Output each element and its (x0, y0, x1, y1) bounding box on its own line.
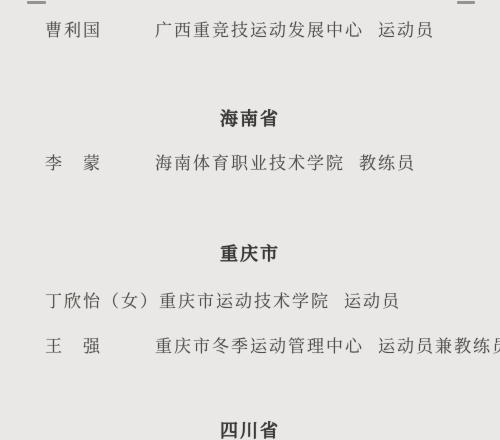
person-role: 运动员兼教练员 (378, 337, 500, 356)
person-name: 李 蒙 (45, 154, 155, 173)
person-entry-row: 王 强重庆市冬季运动管理中心运动员兼教练员 (45, 337, 500, 356)
person-role: 运动员 (344, 292, 401, 311)
cropped-text-fragment-left (27, 1, 46, 4)
section-header-hainan: 海南省 (0, 109, 500, 129)
person-role: 运动员 (378, 21, 435, 40)
person-name: 丁欣怡（女） (45, 292, 159, 311)
person-entry-row: 曹利国广西重竞技运动发展中心运动员 (45, 21, 500, 40)
section-header-sichuan: 四川省 (0, 421, 500, 440)
person-name: 曹利国 (45, 21, 155, 40)
person-organization: 重庆市冬季运动管理中心 (155, 337, 364, 356)
scanned-document-page: 曹利国广西重竞技运动发展中心运动员 海南省 李 蒙海南体育职业技术学院教练员 重… (0, 0, 500, 440)
person-organization: 海南体育职业技术学院 (155, 154, 345, 173)
person-entry-row: 丁欣怡（女）重庆市运动技术学院运动员 (45, 292, 500, 311)
section-header-chongqing: 重庆市 (0, 244, 500, 264)
person-entry-row: 李 蒙海南体育职业技术学院教练员 (45, 154, 500, 173)
person-organization: 广西重竞技运动发展中心 (155, 21, 364, 40)
person-role: 教练员 (359, 154, 416, 173)
person-organization: 重庆市运动技术学院 (159, 292, 330, 311)
cropped-text-fragment-right (457, 1, 475, 4)
person-name: 王 强 (45, 337, 155, 356)
